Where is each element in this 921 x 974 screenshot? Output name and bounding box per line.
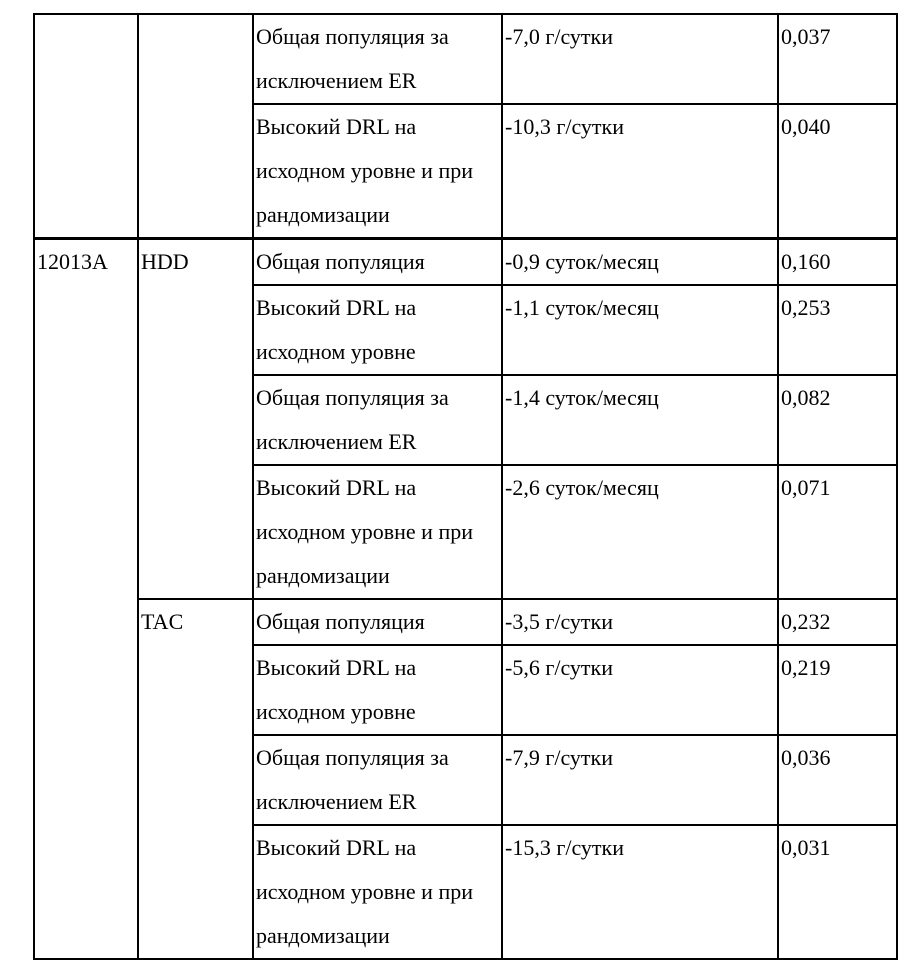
p-value-cell: 0,031: [778, 825, 897, 959]
table-row: 12013A HDD Общая популяция -0,9 суток/ме…: [34, 239, 897, 286]
effect-cell: -5,6 г/сутки: [502, 645, 778, 735]
population-cell: Общая популяция за исключением ER: [253, 735, 502, 825]
endpoint-cell: TAC: [138, 599, 253, 959]
table-row: Общая популяция за исключением ER -7,0 г…: [34, 14, 897, 104]
population-cell: Общая популяция: [253, 599, 502, 645]
population-cell: Общая популяция за исключением ER: [253, 375, 502, 465]
population-cell: Общая популяция: [253, 239, 502, 286]
endpoint-cell-empty: [138, 14, 253, 239]
effect-cell: -0,9 суток/месяц: [502, 239, 778, 286]
effect-cell: -1,1 суток/месяц: [502, 285, 778, 375]
p-value-cell: 0,232: [778, 599, 897, 645]
endpoint-cell: HDD: [138, 239, 253, 600]
population-cell: Высокий DRL на исходном уровне и при ран…: [253, 104, 502, 239]
p-value-cell: 0,082: [778, 375, 897, 465]
effect-cell: -15,3 г/сутки: [502, 825, 778, 959]
effect-cell: -7,9 г/сутки: [502, 735, 778, 825]
population-cell: Высокий DRL на исходном уровне: [253, 285, 502, 375]
study-cell-empty: [34, 14, 138, 239]
study-cell: 12013A: [34, 239, 138, 960]
p-value-cell: 0,037: [778, 14, 897, 104]
p-value-cell: 0,160: [778, 239, 897, 286]
population-cell: Высокий DRL на исходном уровне и при ран…: [253, 465, 502, 599]
effect-cell: -3,5 г/сутки: [502, 599, 778, 645]
population-cell: Общая популяция за исключением ER: [253, 14, 502, 104]
p-value-cell: 0,040: [778, 104, 897, 239]
effect-cell: -1,4 суток/месяц: [502, 375, 778, 465]
population-cell: Высокий DRL на исходном уровне: [253, 645, 502, 735]
results-table: Общая популяция за исключением ER -7,0 г…: [33, 13, 898, 960]
p-value-cell: 0,036: [778, 735, 897, 825]
p-value-cell: 0,219: [778, 645, 897, 735]
effect-cell: -7,0 г/сутки: [502, 14, 778, 104]
table-row: TAC Общая популяция -3,5 г/сутки 0,232: [34, 599, 897, 645]
effect-cell: -2,6 суток/месяц: [502, 465, 778, 599]
p-value-cell: 0,253: [778, 285, 897, 375]
population-cell: Высокий DRL на исходном уровне и при ран…: [253, 825, 502, 959]
p-value-cell: 0,071: [778, 465, 897, 599]
effect-cell: -10,3 г/сутки: [502, 104, 778, 239]
